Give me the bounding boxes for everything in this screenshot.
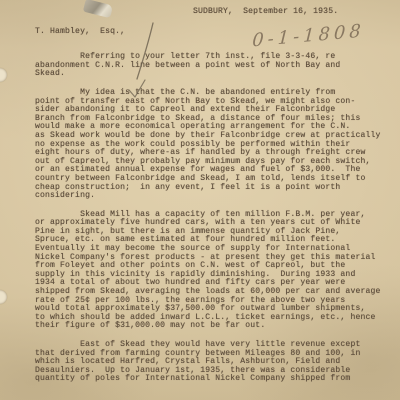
letter-paragraph: Referring to your letter 7th inst., file… xyxy=(35,53,396,79)
letter-page: SUDBURY, September 16, 1935. T. Hambley,… xyxy=(0,0,400,400)
letter-paragraph: East of Skead they would have very littl… xyxy=(35,341,396,384)
dateline: SUDBURY, September 16, 1935. xyxy=(193,8,396,17)
letter-paragraph: My idea is that the C.N. be abandoned en… xyxy=(35,89,396,201)
letter-paragraph: Skead Mill has a capacity of ten million… xyxy=(35,211,396,331)
punch-hole-bottom xyxy=(0,290,7,304)
letter-body: SUDBURY, September 16, 1935. T. Hambley,… xyxy=(35,8,396,394)
punch-hole-top xyxy=(0,68,7,82)
